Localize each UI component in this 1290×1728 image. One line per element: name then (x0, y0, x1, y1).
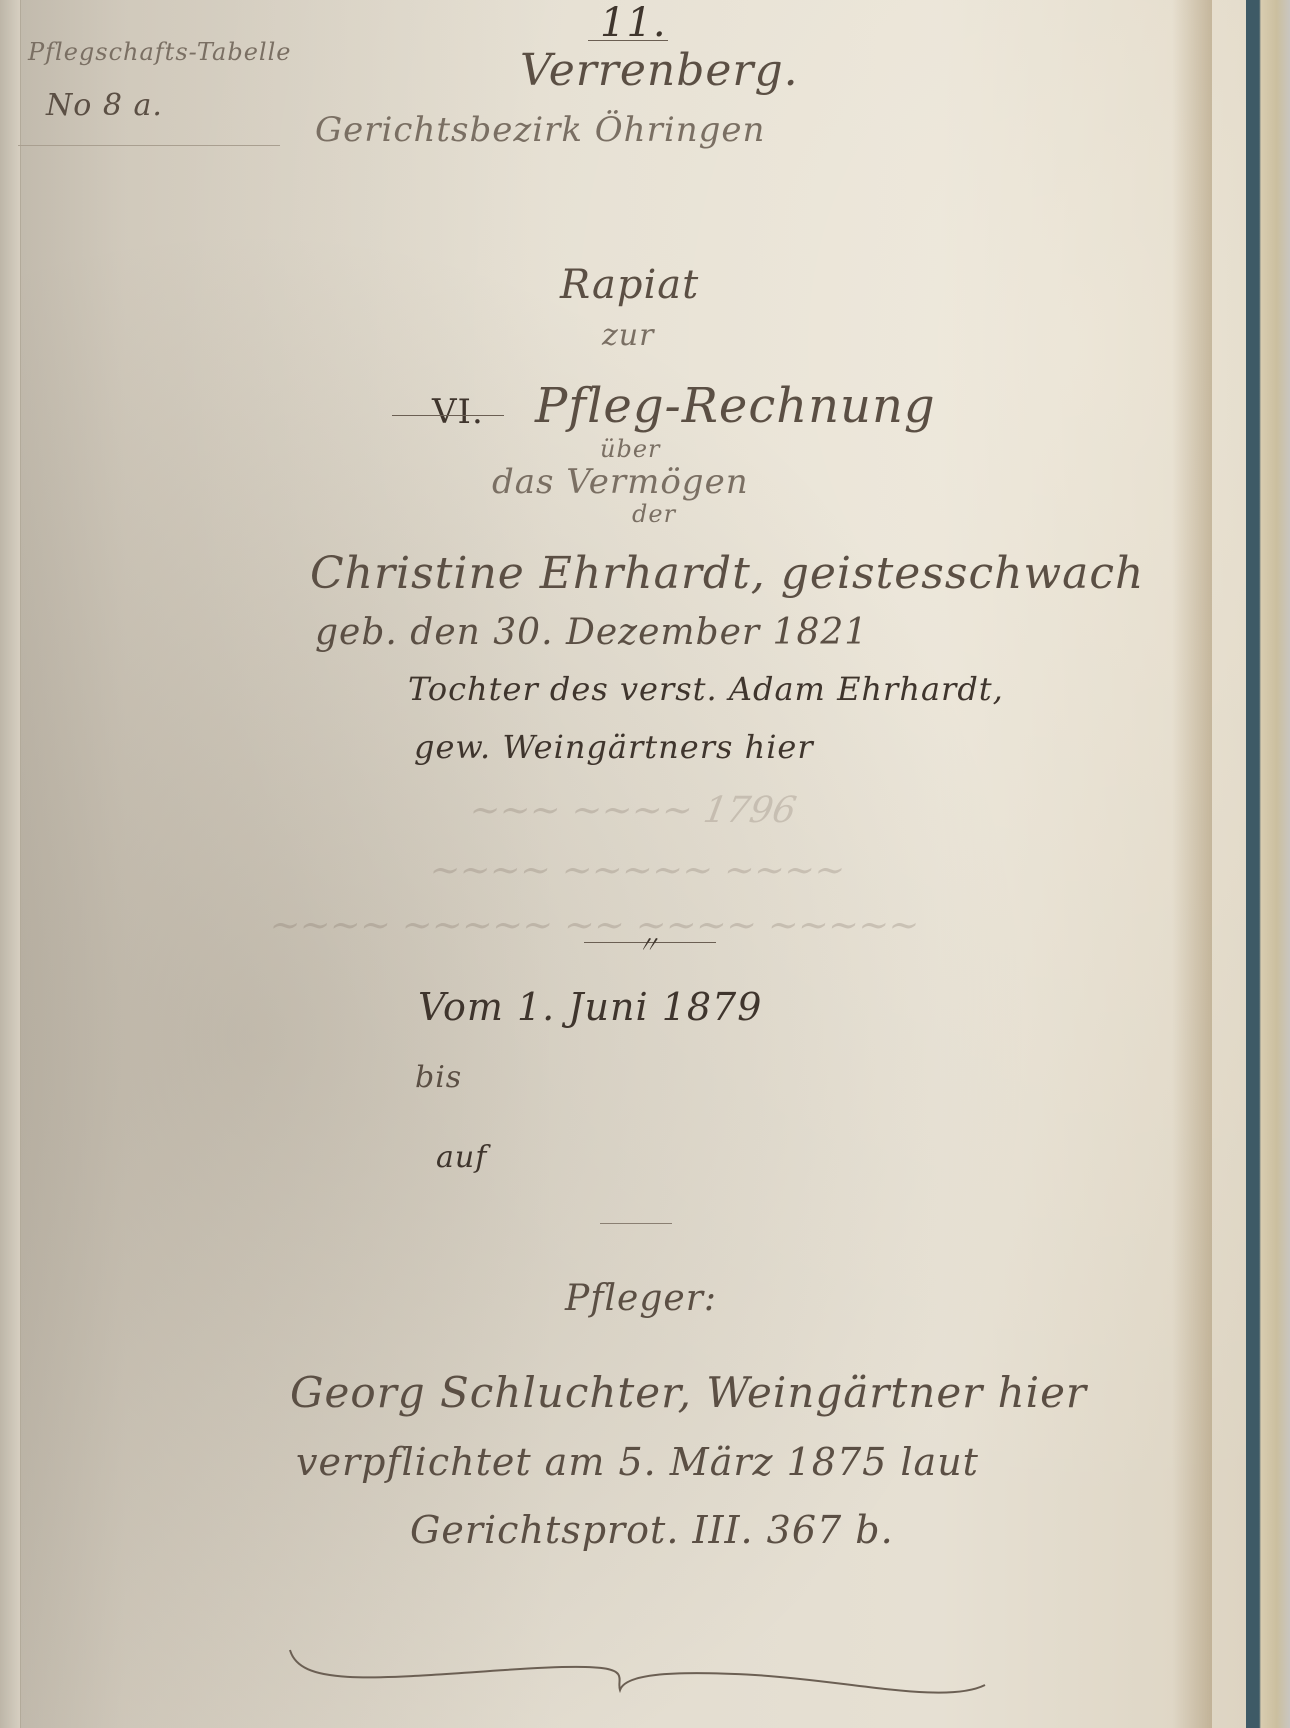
period-from: Vom 1. Juni 1879 (418, 985, 762, 1029)
ward-name: Christine Ehrhardt, geistesschwach (310, 548, 1144, 599)
volume-number: VI. (432, 392, 484, 432)
separator-mark: 〃 (636, 925, 661, 960)
ward-parent-line2: gew. Weingärtners hier (414, 728, 814, 766)
margin-note-number: No 8 a. (46, 88, 163, 123)
book-cover-edge (1246, 0, 1290, 1728)
title-vermoegen: das Vermögen (492, 462, 749, 502)
place-name: Verrenberg. (520, 45, 799, 96)
torn-right-edge (1172, 0, 1212, 1728)
period-to: auf (436, 1140, 487, 1175)
guardian-name: Georg Schluchter, Weingärtner hier (290, 1368, 1087, 1417)
guardian-reference: Gerichtsprot. III. 367 b. (410, 1508, 894, 1552)
bleed-through-text: ~~~ ~~~~ 1796 (466, 790, 799, 831)
margin-rule (18, 145, 280, 146)
guardian-label: Pfleger: (565, 1278, 717, 1319)
title-pfleg-rechnung: Pfleg-Rechnung (535, 378, 936, 434)
title-der: der (632, 500, 676, 528)
title-ueber: über (600, 435, 661, 463)
bleed-through-text: ~~~~ ~~~~~ ~~ ~~~~ ~~~~~ (266, 905, 922, 946)
brace-flourish (285, 1645, 1005, 1705)
ward-birth: geb. den 30. Dezember 1821 (315, 612, 868, 653)
title-rapiat: Rapiat (560, 262, 699, 308)
period-until: bis (415, 1060, 462, 1095)
ward-parent-line1: Tochter des verst. Adam Ehrhardt, (408, 670, 1004, 708)
volume-underline (392, 415, 504, 416)
number-underline (588, 40, 668, 41)
bleed-through-text: ~~~~ ~~~~~ ~~~~ (426, 850, 848, 891)
court-district: Gerichtsbezirk Öhringen (315, 110, 765, 150)
period-to-blank-line (600, 1223, 672, 1224)
left-page-edge (0, 0, 21, 1728)
margin-note-title: Pflegschafts-Tabelle (28, 38, 291, 66)
guardian-sworn: verpflichtet am 5. März 1875 laut (296, 1440, 979, 1484)
document-page: Pflegschafts-Tabelle No 8 a. 11. Verrenb… (0, 0, 1252, 1728)
title-zur: zur (602, 318, 654, 353)
